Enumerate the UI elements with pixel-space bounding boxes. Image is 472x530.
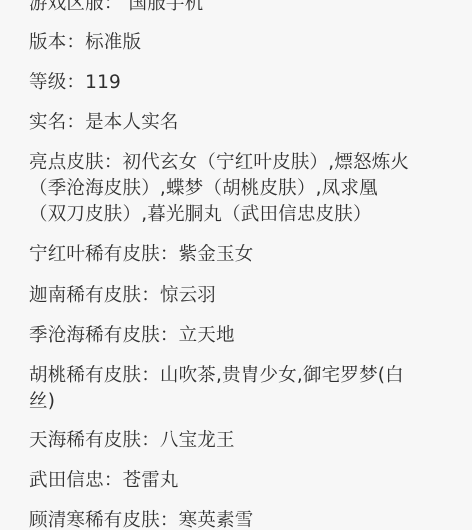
separator: ：: [160, 510, 179, 530]
info-line-version: 版本：标准版: [29, 30, 448, 56]
info-line-guqinghan-rare: 顾清寒稀有皮肤：寒英素雪: [29, 508, 448, 530]
separator: ：: [104, 0, 123, 14]
info-line-hutao-rare: 胡桃稀有皮肤：山吹茶,贵胄少女,御宅罗梦(白 丝): [29, 363, 448, 415]
value: 119: [85, 72, 121, 93]
info-line-jianan-rare: 迦南稀有皮肤：惊云羽: [29, 283, 448, 309]
separator: ：: [66, 112, 85, 133]
info-line-takeda: 武田信忠：苍雷丸: [29, 468, 448, 494]
account-info-document: 游戏区服：国服手机 版本：标准版 等级：119 实名：是本人实名 亮点皮肤：初代…: [0, 0, 472, 530]
label: 天海稀有皮肤: [29, 430, 141, 451]
info-line-jicanghai-rare: 季沧海稀有皮肤：立天地: [29, 323, 448, 349]
value: 是本人实名: [85, 112, 179, 133]
separator: ：: [160, 244, 179, 265]
info-line-tianhai-rare: 天海稀有皮肤：八宝龙王: [29, 428, 448, 454]
value: 惊云羽: [160, 285, 216, 306]
value-line-1: 初代玄女（宁红叶皮肤）,熛怒炼火: [123, 152, 410, 173]
value: 立天地: [179, 325, 235, 346]
label: 迦南稀有皮肤: [29, 285, 141, 306]
label: 版本: [29, 32, 66, 53]
info-line-level: 等级：119: [29, 70, 448, 96]
label: 武田信忠: [29, 470, 104, 491]
label: 季沧海稀有皮肤: [29, 325, 160, 346]
separator: ：: [141, 285, 160, 306]
value-line-2: （季沧海皮肤）,蝶梦（胡桃皮肤）,凤求凰: [29, 176, 448, 202]
separator: ：: [141, 365, 160, 386]
label: 顾清寒稀有皮肤: [29, 510, 160, 530]
separator: ：: [66, 72, 85, 93]
value: 苍雷丸: [123, 470, 179, 491]
value: 八宝龙王: [160, 430, 235, 451]
value: 国服手机: [129, 0, 204, 14]
info-line-realname: 实名：是本人实名: [29, 110, 448, 136]
label: 宁红叶稀有皮肤: [29, 244, 160, 265]
value: 紫金玉女: [179, 244, 254, 265]
value: 寒英素雪: [179, 510, 254, 530]
value: 标准版: [85, 32, 141, 53]
label: 等级: [29, 72, 66, 93]
value-line-3: （双刀皮肤）,暮光胴丸（武田信忠皮肤）: [29, 202, 448, 228]
info-line-ninghongye-rare: 宁红叶稀有皮肤：紫金玉女: [29, 242, 448, 268]
info-line-highlight-skins: 亮点皮肤：初代玄女（宁红叶皮肤）,熛怒炼火 （季沧海皮肤）,蝶梦（胡桃皮肤）,凤…: [29, 150, 448, 228]
separator: ：: [104, 152, 123, 173]
info-line-server: 游戏区服：国服手机: [29, 0, 448, 17]
value-line-1: 山吹茶,贵胄少女,御宅罗梦(白: [160, 365, 404, 386]
separator: ：: [160, 325, 179, 346]
separator: ：: [141, 430, 160, 451]
label: 亮点皮肤: [29, 152, 104, 173]
label: 实名: [29, 112, 66, 133]
label: 游戏区服: [29, 0, 104, 14]
label: 胡桃稀有皮肤: [29, 365, 141, 386]
separator: ：: [104, 470, 123, 491]
separator: ：: [66, 32, 85, 53]
value-line-2: 丝): [29, 389, 448, 415]
